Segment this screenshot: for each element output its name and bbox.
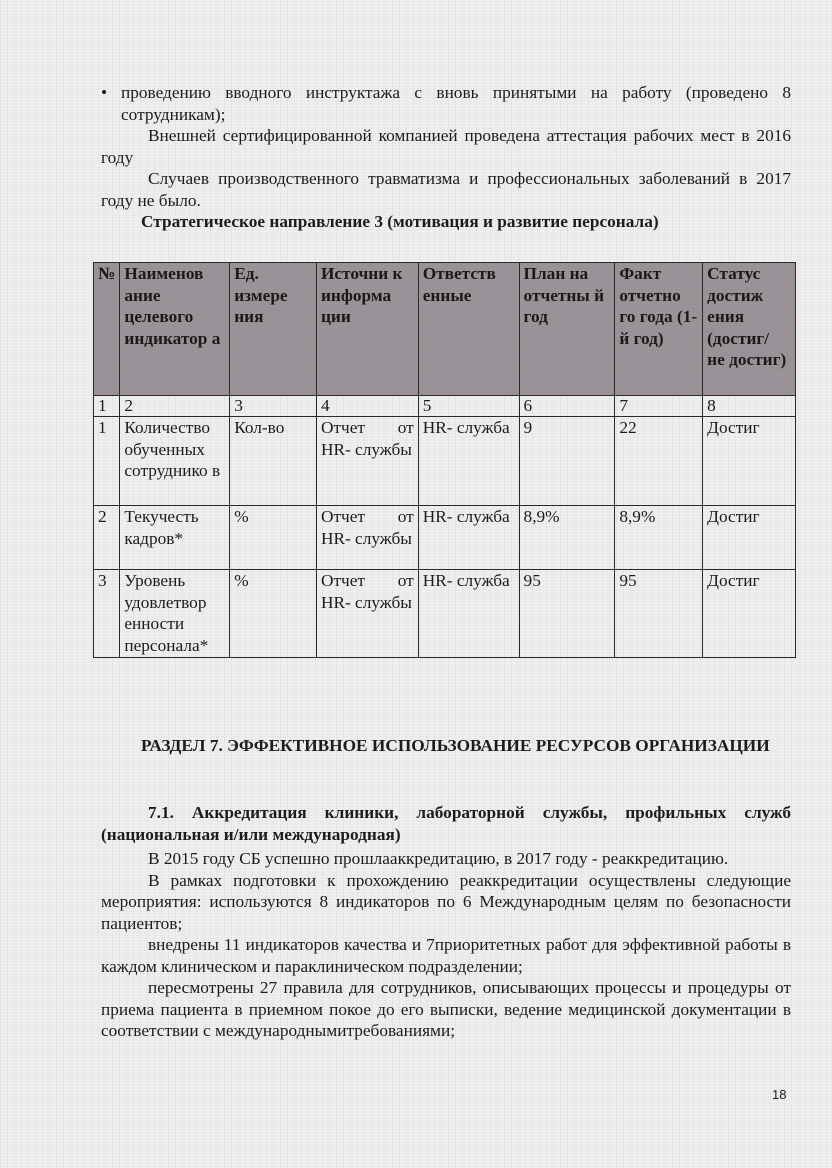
colnum: 1	[94, 396, 120, 417]
colnum: 5	[418, 396, 519, 417]
source-word: от	[398, 570, 414, 592]
row-source: ОтчетотHR- службы	[316, 570, 418, 658]
header-plan: План на отчетны й год	[519, 263, 615, 396]
row-number: 2	[94, 506, 120, 570]
row-status: Достиг	[703, 506, 796, 570]
table-row: 1 Количество обученных сотруднико в Кол-…	[94, 417, 796, 506]
table-row: 2 Текучесть кадров* % ОтчетотHR- службы …	[94, 506, 796, 570]
source-rest: HR- службы	[321, 529, 412, 548]
row-indicator: Количество обученных сотруднико в	[120, 417, 230, 506]
colnum: 8	[703, 396, 796, 417]
intro-block: • проведению вводного инструктажа с внов…	[101, 82, 791, 233]
header-status: Статус достиж ения (достиг/ не достиг)	[703, 263, 796, 396]
colnum: 7	[615, 396, 703, 417]
row-status: Достиг	[703, 570, 796, 658]
header-responsible: Ответств енные	[418, 263, 519, 396]
source-word: Отчет	[321, 417, 365, 439]
row-indicator: Текучесть кадров*	[120, 506, 230, 570]
rules-paragraph: пересмотрены 27 правила для сотрудников,…	[101, 977, 791, 1042]
row-source: ОтчетотHR- службы	[316, 417, 418, 506]
row-unit: %	[230, 570, 317, 658]
colnum: 3	[230, 396, 317, 417]
table-header-row: № Наименов ание целевого индикатор а Ед.…	[94, 263, 796, 396]
row-responsible: HR- служба	[418, 506, 519, 570]
column-number-row: 1 2 3 4 5 6 7 8	[94, 396, 796, 417]
row-fact: 8,9%	[615, 506, 703, 570]
row-indicator: Уровень удовлетвор енности персонала*	[120, 570, 230, 658]
attestation-paragraph: Внешней сертифицированной компанией пров…	[101, 125, 791, 168]
bullet-item: • проведению вводного инструктажа с внов…	[101, 82, 791, 125]
colnum: 6	[519, 396, 615, 417]
bullet-icon: •	[101, 82, 107, 104]
header-source: Источни к информа ции	[316, 263, 418, 396]
row-plan: 95	[519, 570, 615, 658]
row-source: ОтчетотHR- службы	[316, 506, 418, 570]
header-unit: Ед. измере ния	[230, 263, 317, 396]
source-rest: HR- службы	[321, 593, 412, 612]
row-unit: Кол-во	[230, 417, 317, 506]
row-status: Достиг	[703, 417, 796, 506]
section-7-body: В 2015 году СБ успешно прошлааккредитаци…	[101, 848, 791, 1042]
row-number: 1	[94, 417, 120, 506]
colnum: 2	[120, 396, 230, 417]
quality-indicators-paragraph: внедрены 11 индикаторов качества и 7прио…	[101, 934, 791, 977]
row-plan: 9	[519, 417, 615, 506]
accreditation-paragraph: В 2015 году СБ успешно прошлааккредитаци…	[101, 848, 791, 870]
source-word: Отчет	[321, 570, 365, 592]
row-number: 3	[94, 570, 120, 658]
colnum: 4	[316, 396, 418, 417]
bullet-text: проведению вводного инструктажа с вновь …	[121, 83, 791, 124]
header-number: №	[94, 263, 120, 396]
row-plan: 8,9%	[519, 506, 615, 570]
row-fact: 95	[615, 570, 703, 658]
row-fact: 22	[615, 417, 703, 506]
header-fact: Факт отчетно го года (1-й год)	[615, 263, 703, 396]
injury-paragraph: Случаев производственного травматизма и …	[101, 168, 791, 211]
row-unit: %	[230, 506, 317, 570]
table-row: 3 Уровень удовлетвор енности персонала* …	[94, 570, 796, 658]
page-number: 18	[772, 1087, 786, 1102]
section-7-1-heading: 7.1. Аккредитация клиники, лабораторной …	[101, 802, 791, 845]
header-indicator: Наименов ание целевого индикатор а	[120, 263, 230, 396]
section-7-heading: РАЗДЕЛ 7. ЭФФЕКТИВНОЕ ИСПОЛЬЗОВАНИЕ РЕСУ…	[101, 735, 791, 757]
source-word: Отчет	[321, 506, 365, 528]
source-rest: HR- службы	[321, 440, 412, 459]
preparation-paragraph: В рамках подготовки к прохождению реаккр…	[101, 870, 791, 935]
row-responsible: HR- служба	[418, 417, 519, 506]
source-word: от	[398, 506, 414, 528]
indicator-table: № Наименов ание целевого индикатор а Ед.…	[93, 262, 796, 658]
source-word: от	[398, 417, 414, 439]
strategic-heading: Стратегическое направление 3 (мотивация …	[101, 211, 791, 233]
row-responsible: HR- служба	[418, 570, 519, 658]
